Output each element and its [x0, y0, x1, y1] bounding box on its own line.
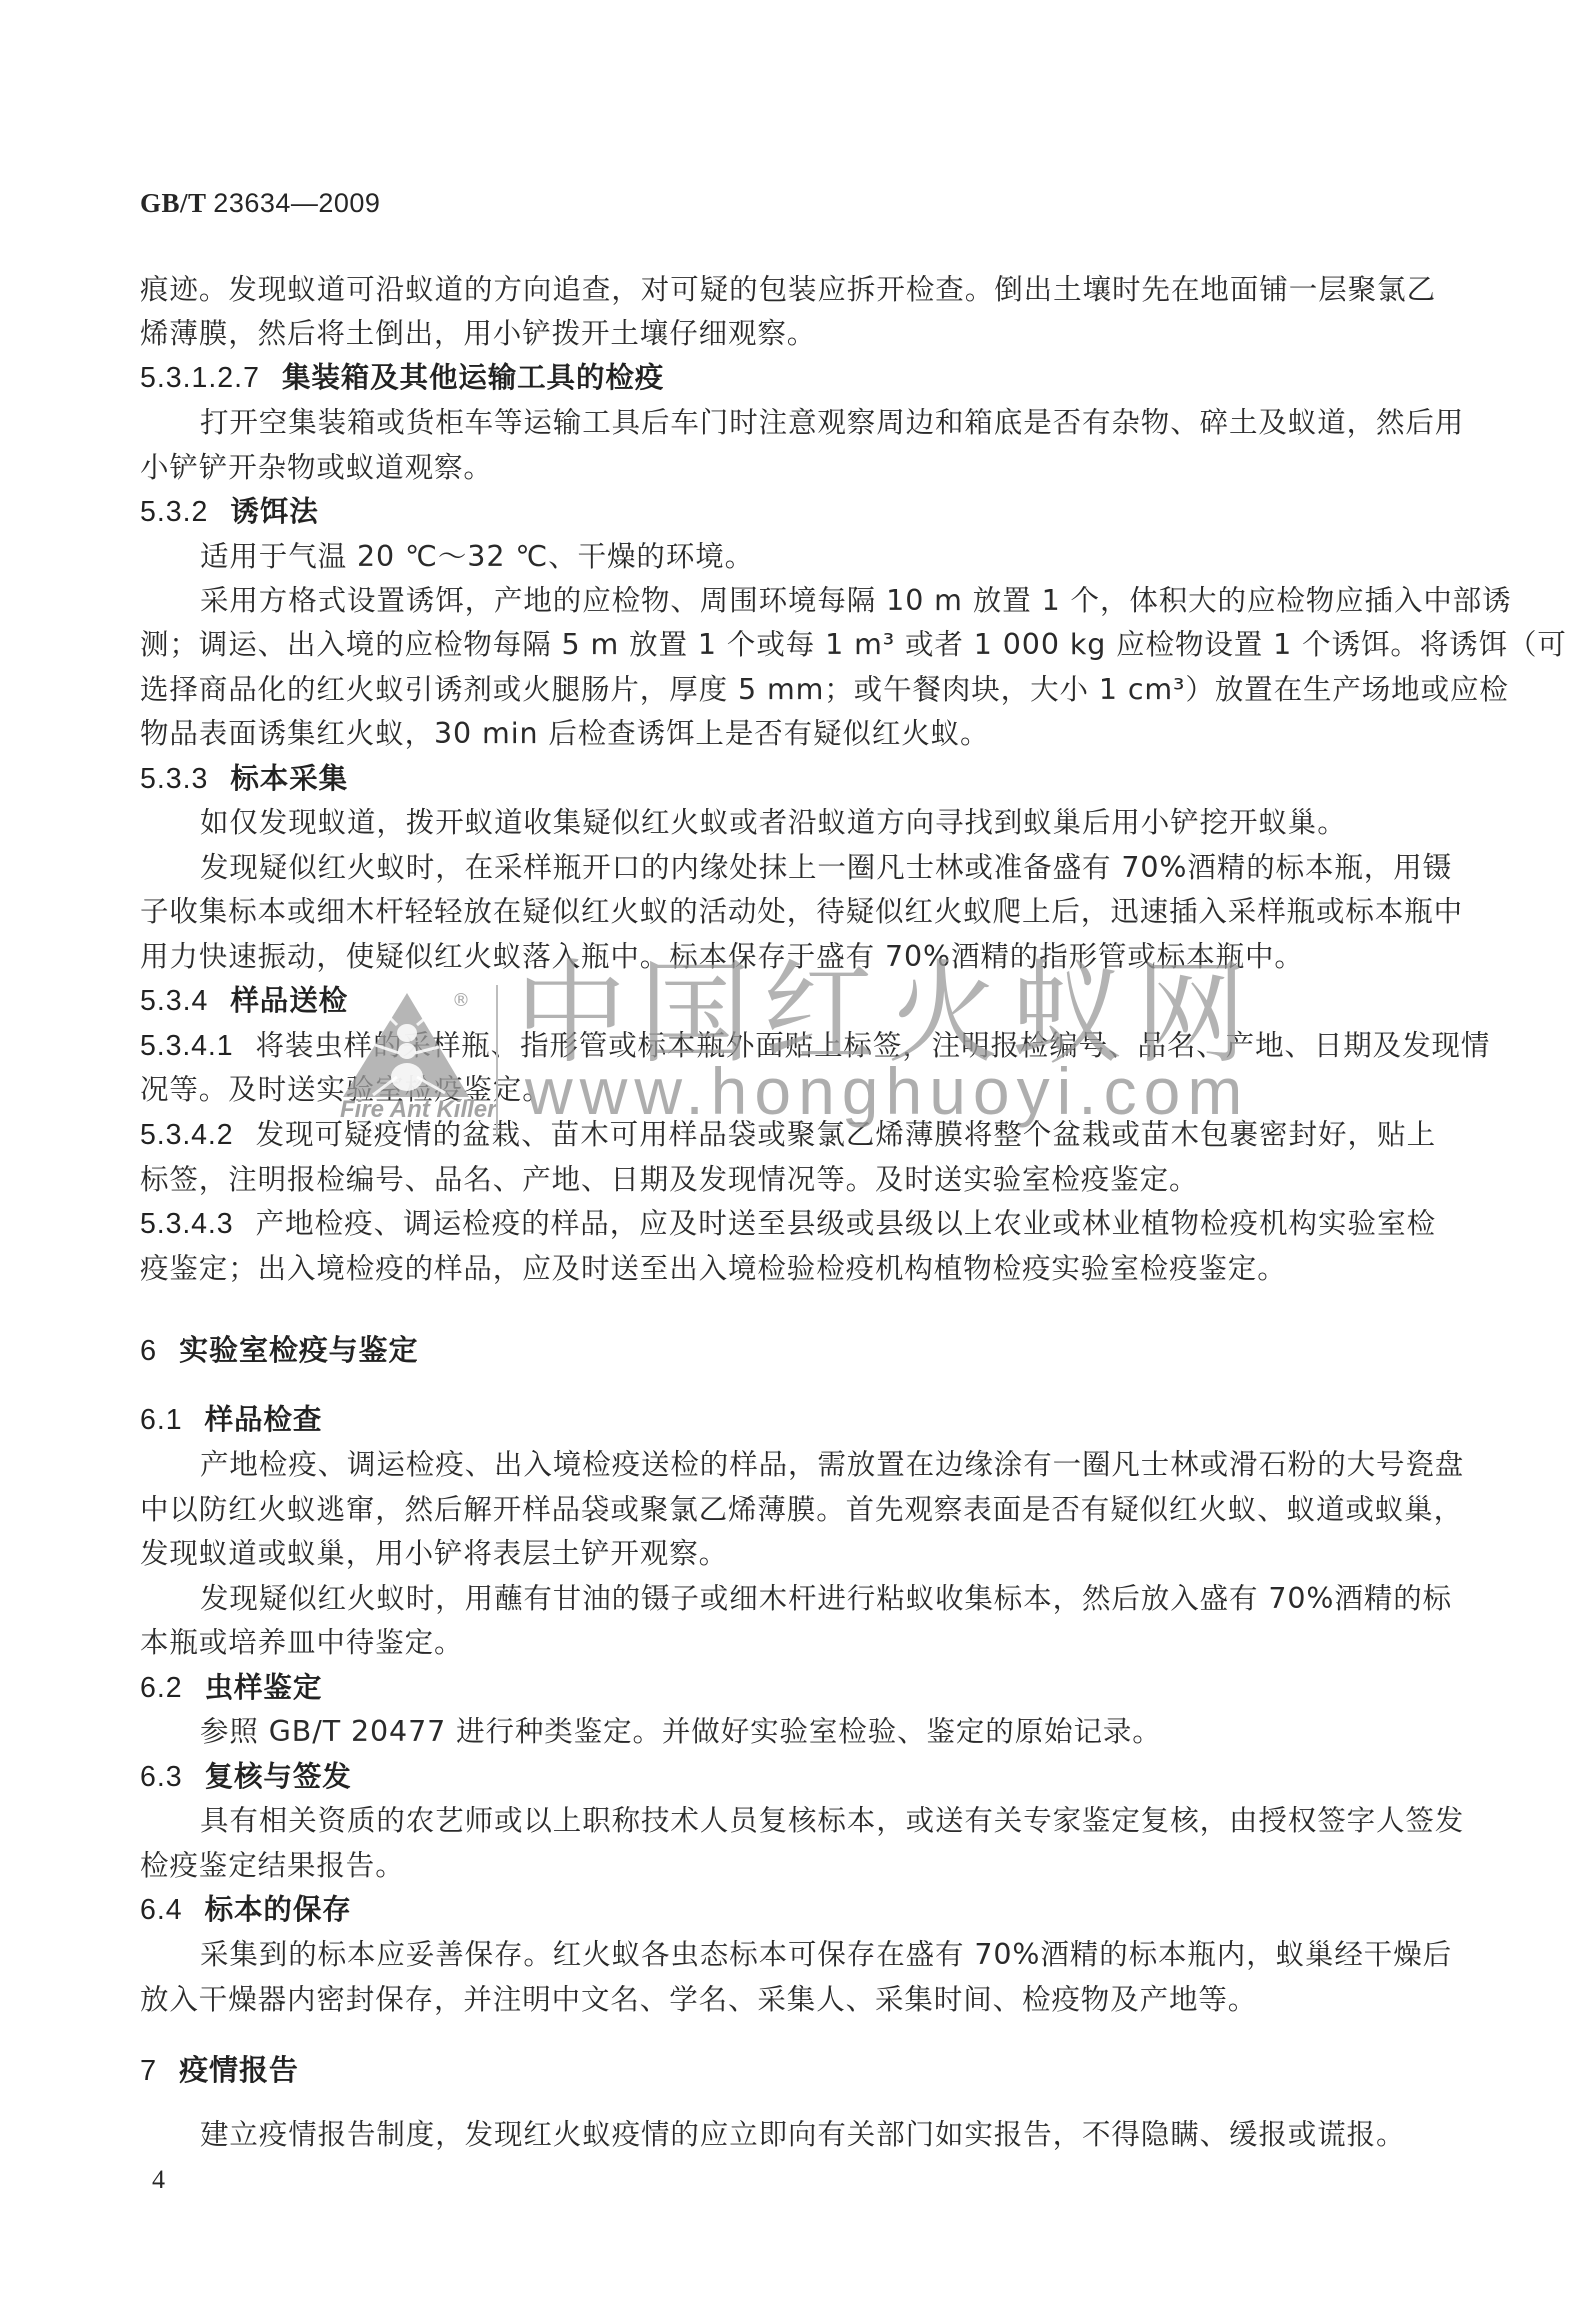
paragraph-line: 适用于气温 20 ℃～32 ℃、干燥的环境。 — [200, 535, 1436, 579]
registered-mark: ® — [452, 990, 470, 1011]
section-title: 虫样鉴定 — [205, 1671, 323, 1704]
section-title: 集装箱及其他运输工具的检疫 — [282, 361, 664, 394]
paragraph-line: 发现疑似红火蚁时，用蘸有甘油的镊子或细木杆进行粘蚁收集标本，然后放入盛有 70%… — [200, 1577, 1436, 1621]
section-title: 诱饵法 — [230, 495, 318, 528]
chapter-heading: 6实验室检疫与鉴定 — [140, 1328, 1436, 1372]
clause-number: 5.3.4.3 — [140, 1208, 233, 1240]
paragraph-line: 发现疑似红火蚁时，在采样瓶开口的内缘处抹上一圈凡士林或准备盛有 70%酒精的标本… — [200, 846, 1436, 890]
paragraph-line: 测；调运、出入境的应检物每隔 5 m 放置 1 个或每 1 m³ 或者 1 00… — [140, 623, 1436, 667]
paragraph-line: 发现蚁道或蚁巢，用小铲将表层土铲开观察。 — [140, 1532, 1436, 1576]
paragraph-line: 本瓶或培养皿中待鉴定。 — [140, 1621, 1436, 1665]
section-title: 实验室检疫与鉴定 — [179, 1333, 418, 1367]
paragraph-line: 建立疫情报告制度，发现红火蚁疫情的应立即向有关部门如实报告，不得隐瞒、缓报或谎报… — [200, 2113, 1436, 2157]
section-heading: 5.3.1.2.7集装箱及其他运输工具的检疫 — [140, 356, 1436, 400]
clause-text: 将装虫样的采样瓶、指形管或标本瓶外面贴上标签，注明报检编号、品名、产地、日期及发… — [255, 1029, 1490, 1062]
section-number: 6.1 — [140, 1398, 183, 1442]
clause-text: 产地检疫、调运检疫的样品，应及时送至县级或县级以上农业或林业植物检疫机构实验室检 — [255, 1207, 1436, 1240]
page-number: 4 — [152, 2165, 165, 2195]
paragraph-line: 中以防红火蚁逃窜，然后解开样品袋或聚氯乙烯薄膜。首先观察表面是否有疑似红火蚁、蚁… — [140, 1488, 1436, 1532]
paragraph-line: 烯薄膜，然后将土倒出，用小铲拨开土壤仔细观察。 — [140, 312, 1436, 356]
section-heading: 5.3.3标本采集 — [140, 757, 1436, 801]
numbered-clause: 5.3.4.1将装虫样的采样瓶、指形管或标本瓶外面贴上标签，注明报检编号、品名、… — [140, 1024, 1436, 1068]
section-title: 疫情报告 — [179, 2053, 299, 2087]
section-heading: 5.3.2诱饵法 — [140, 490, 1436, 534]
paragraph-line: 打开空集装箱或货柜车等运输工具后车门时注意观察周边和箱底是否有杂物、碎土及蚁道，… — [200, 401, 1436, 445]
section-title: 标本的保存 — [205, 1893, 352, 1926]
paragraph-line: 子收集标本或细木杆轻轻放在疑似红火蚁的活动处，待疑似红火蚁爬上后，迅速插入采样瓶… — [140, 890, 1436, 934]
header-number: 23634—2009 — [213, 188, 380, 218]
paragraph-line: 具有相关资质的农艺师或以上职称技术人员复核标本，或送有关专家鉴定复核，由授权签字… — [200, 1799, 1436, 1843]
standard-number-header: GB/T 23634—2009 — [140, 188, 380, 219]
section-title: 样品检查 — [205, 1403, 323, 1436]
clause-number: 5.3.4.2 — [140, 1119, 233, 1151]
section-title: 复核与签发 — [205, 1760, 352, 1793]
section-heading: 6.2虫样鉴定 — [140, 1666, 1436, 1710]
header-prefix: GB/T — [140, 188, 206, 218]
watermark-logo-caption: Fire Ant Killer — [340, 1096, 496, 1124]
paragraph-line: 参照 GB/T 20477 进行种类鉴定。并做好实验室检验、鉴定的原始记录。 — [200, 1710, 1436, 1754]
document-page: GB/T 23634—2009 痕迹。发现蚁道可沿蚁道的方向追查，对可疑的包装应… — [0, 0, 1583, 2322]
paragraph-line: 物品表面诱集红火蚁，30 min 后检查诱饵上是否有疑似红火蚁。 — [140, 712, 1436, 756]
section-heading: 6.4标本的保存 — [140, 1888, 1436, 1932]
section-title: 标本采集 — [230, 762, 348, 795]
section-number: 7 — [140, 2049, 157, 2093]
section-number: 6.2 — [140, 1666, 183, 1710]
section-number: 5.3.4 — [140, 979, 208, 1023]
section-number: 5.3.1.2.7 — [140, 356, 260, 400]
paragraph-line: 检疫鉴定结果报告。 — [140, 1844, 1436, 1888]
section-number: 6 — [140, 1329, 157, 1373]
paragraph-line: 产地检疫、调运检疫、出入境检疫送检的样品，需放置在边缘涂有一圈凡士林或滑石粉的大… — [200, 1443, 1436, 1487]
section-heading: 6.3复核与签发 — [140, 1755, 1436, 1799]
section-title: 样品送检 — [230, 984, 348, 1017]
paragraph-line: 标签，注明报检编号、品名、产地、日期及发现情况等。及时送实验室检疫鉴定。 — [140, 1158, 1436, 1202]
paragraph-line: 放入干燥器内密封保存，并注明中文名、学名、采集人、采集时间、检疫物及产地等。 — [140, 1978, 1436, 2022]
numbered-clause: 5.3.4.2发现可疑疫情的盆栽、苗木可用样品袋或聚氯乙烯薄膜将整个盆栽或苗木包… — [140, 1113, 1436, 1157]
section-number: 6.3 — [140, 1755, 183, 1799]
section-heading: 6.1样品检查 — [140, 1398, 1436, 1442]
paragraph-line: 采用方格式设置诱饵，产地的应检物、周围环境每隔 10 m 放置 1 个，体积大的… — [200, 579, 1436, 623]
paragraph-line: 如仅发现蚁道，拨开蚁道收集疑似红火蚁或者沿蚁道方向寻找到蚁巢后用小铲挖开蚁巢。 — [200, 801, 1436, 845]
numbered-clause: 5.3.4.3产地检疫、调运检疫的样品，应及时送至县级或县级以上农业或林业植物检… — [140, 1202, 1436, 1246]
paragraph-line: 用力快速振动，使疑似红火蚁落入瓶中。标本保存于盛有 70%酒精的指形管或标本瓶中… — [140, 935, 1436, 979]
paragraph-line: 采集到的标本应妥善保存。红火蚁各虫态标本可保存在盛有 70%酒精的标本瓶内，蚁巢… — [200, 1933, 1436, 1977]
section-number: 6.4 — [140, 1888, 183, 1932]
section-heading: 5.3.4样品送检 — [140, 979, 1436, 1023]
section-number: 5.3.3 — [140, 757, 208, 801]
paragraph-line: 痕迹。发现蚁道可沿蚁道的方向追查，对可疑的包装应拆开检查。倒出土壤时先在地面铺一… — [140, 268, 1436, 312]
section-number: 5.3.2 — [140, 490, 208, 534]
clause-number: 5.3.4.1 — [140, 1030, 233, 1062]
paragraph-line: 疫鉴定；出入境检疫的样品，应及时送至出入境检验检疫机构植物检疫实验室检疫鉴定。 — [140, 1247, 1436, 1291]
paragraph-line: 小铲铲开杂物或蚁道观察。 — [140, 446, 1436, 490]
chapter-heading: 7疫情报告 — [140, 2048, 1436, 2092]
paragraph-line: 况等。及时送实验室检疫鉴定。 — [140, 1068, 1436, 1112]
paragraph-line: 选择商品化的红火蚁引诱剂或火腿肠片，厚度 5 mm；或午餐肉块，大小 1 cm³… — [140, 668, 1436, 712]
